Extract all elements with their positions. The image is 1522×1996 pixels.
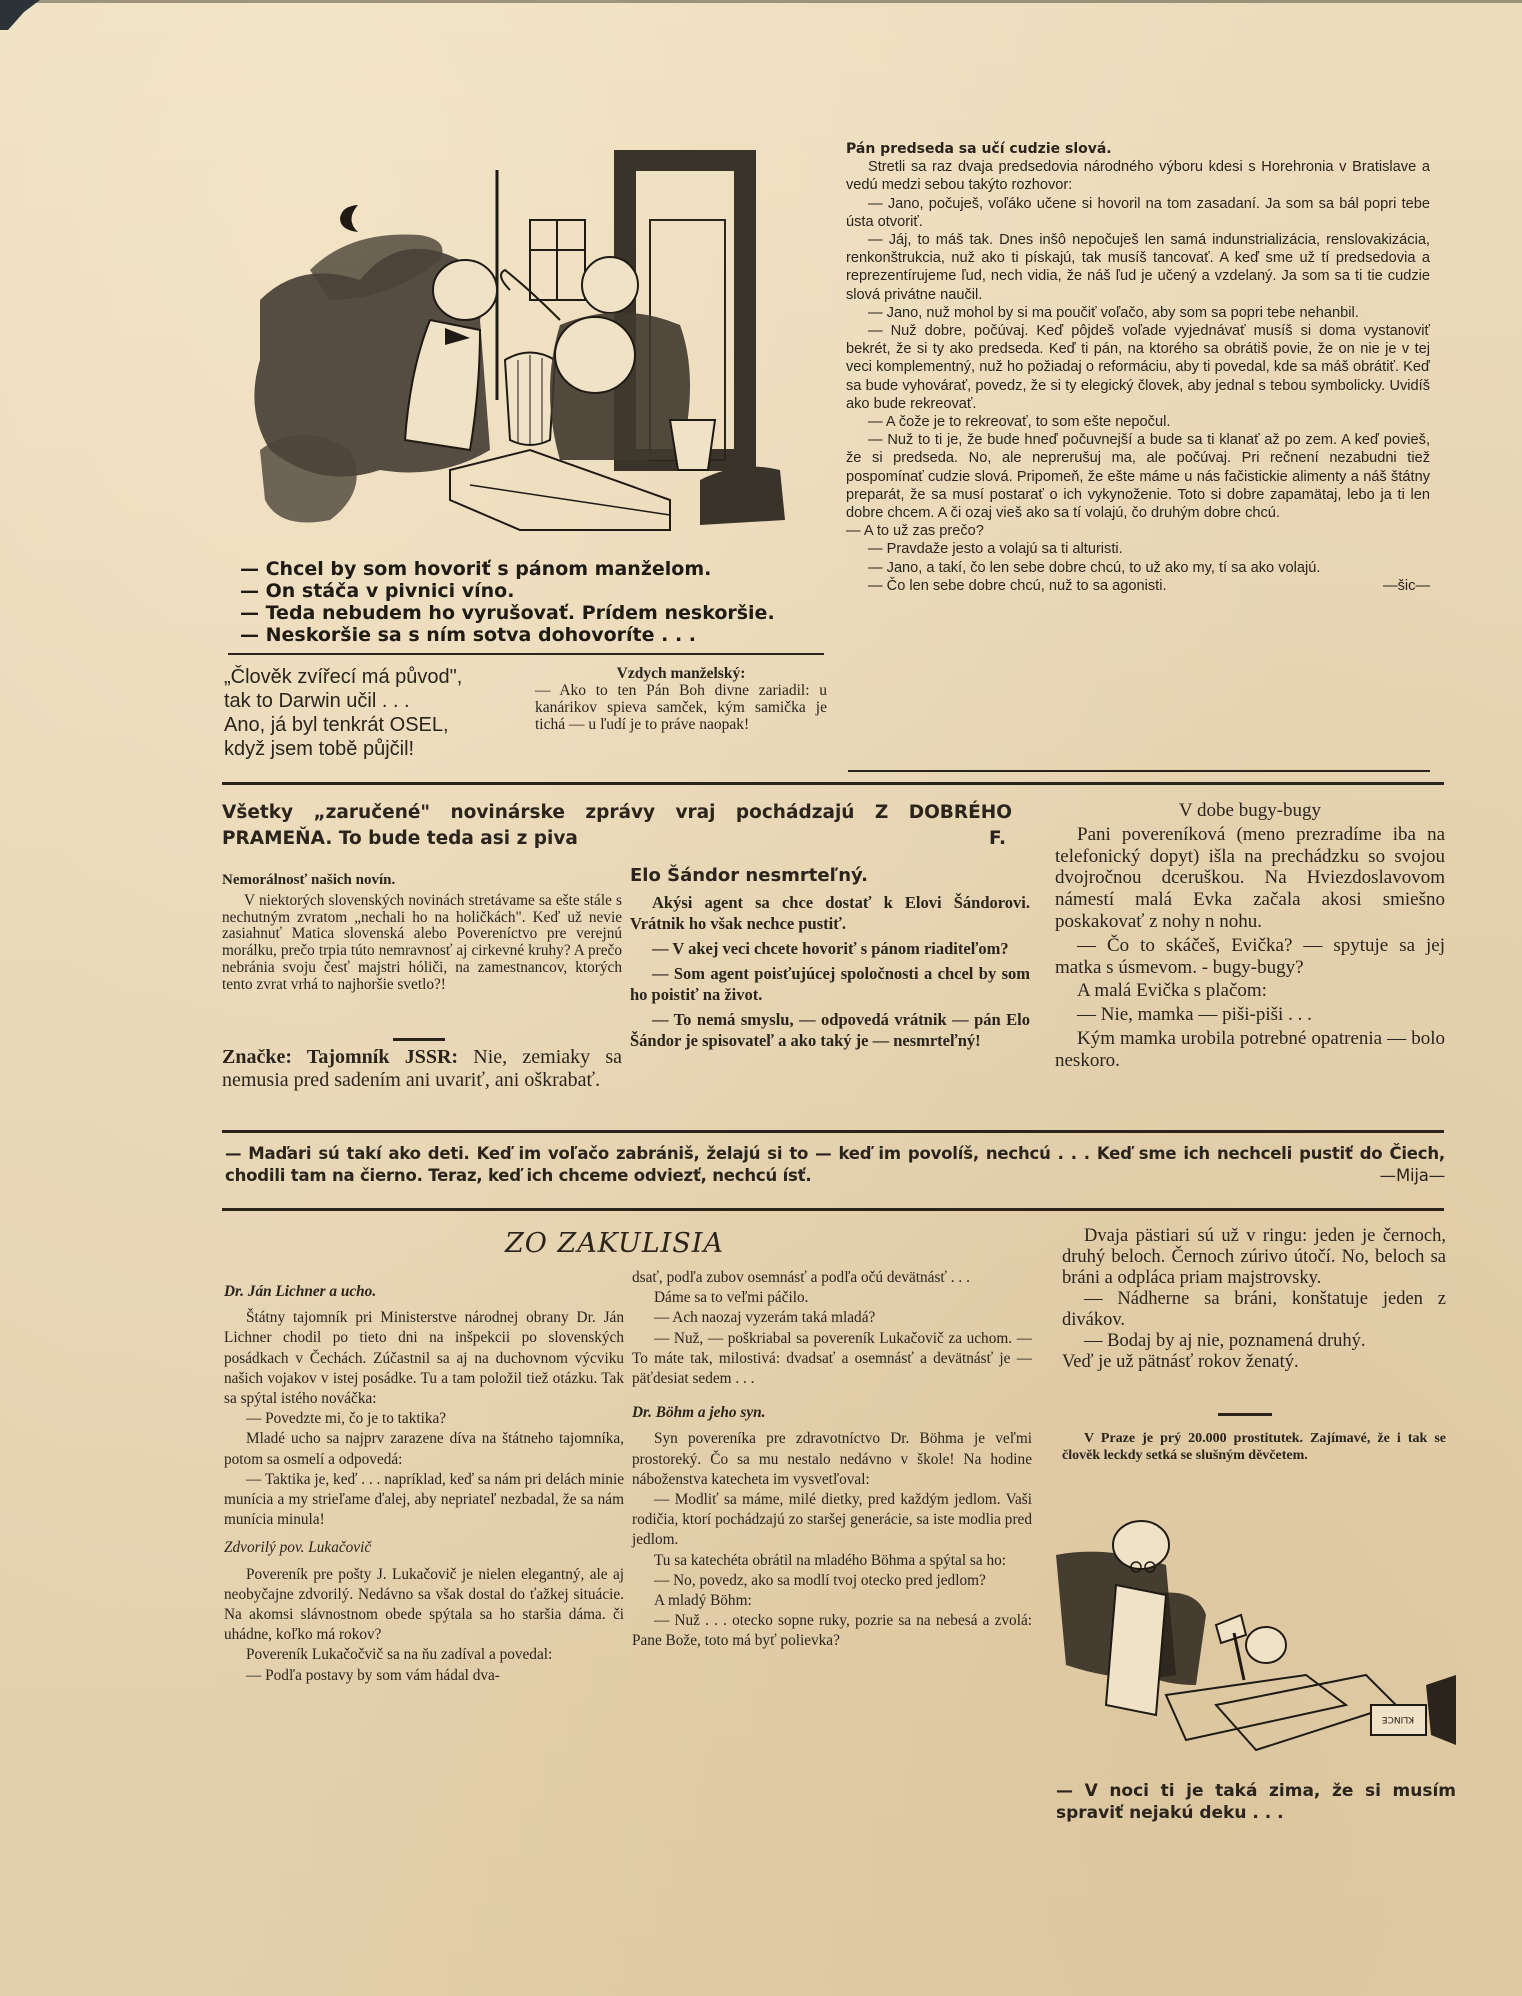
section-rule bbox=[222, 782, 1444, 785]
caption-line: — On stáča v pivnici víno. bbox=[240, 580, 800, 602]
paragraph: Mladé ucho sa najprv zarazene díva na št… bbox=[224, 1429, 624, 1469]
short-rule bbox=[1218, 1413, 1272, 1416]
section-rule bbox=[222, 1130, 1444, 1133]
paragraph: — Som agent poisťujúcej spoločnosti a ch… bbox=[630, 963, 1030, 1005]
paragraph: Pani povereníková (meno prezradíme iba n… bbox=[1055, 824, 1445, 933]
paragraph: — Bodaj by aj nie, poznamená druhý. bbox=[1062, 1331, 1446, 1352]
article-madari: — Maďari sú takí ako deti. Keď im voľačo… bbox=[225, 1143, 1445, 1187]
paragraph: — Jano, nuž mohol by si ma poučiť voľačo… bbox=[846, 304, 1430, 322]
paragraph: — Modliť sa máme, milé dietky, pred každ… bbox=[632, 1490, 1032, 1551]
subheading: Dr. Ján Lichner a ucho. bbox=[224, 1282, 624, 1302]
paragraph: — Nie, mamka — piši-piši . . . bbox=[1055, 1004, 1445, 1026]
paragraph-last: — Čo len sebe dobre chcú, nuž to sa agon… bbox=[846, 577, 1430, 595]
caption-line: — Chcel by som hovoriť s pánom manželom. bbox=[240, 558, 800, 580]
article-predseda: Pán predseda sa učí cudzie slová. Stretl… bbox=[846, 140, 1430, 595]
caption-line: — Neskoršie sa s ním sotva dohovoríte . … bbox=[240, 624, 800, 646]
article-title: Vzdych manželský: bbox=[535, 665, 827, 682]
article-elo-sandor: Elo Šándor nesmrteľný. Akýsi agent sa ch… bbox=[630, 865, 1030, 1055]
paragraph: Syn povereníka pre zdravotníctvo Dr. Böh… bbox=[632, 1429, 1032, 1490]
headline-zaru: Všetky „zaručené" novinárske zprávy vraj… bbox=[222, 800, 1012, 852]
torn-corner bbox=[0, 0, 40, 30]
paragraph: — No, povedz, ako sa modlí tvoj otecko p… bbox=[632, 1571, 1032, 1591]
paragraph: — Ach naozaj vyzerám taká mladá? bbox=[632, 1308, 1032, 1328]
article-title: Nemorálnosť našich novín. bbox=[222, 872, 622, 889]
paragraph: Dáme sa to veľmi páčilo. bbox=[632, 1288, 1032, 1308]
paragraph: — Povedzte mi, čo je to taktika? bbox=[224, 1409, 624, 1429]
paragraph: — A to už zas prečo? bbox=[846, 522, 1430, 540]
paragraph: — Podľa postavy by som vám hádal dva- bbox=[224, 1666, 624, 1686]
paragraph: — Nuž, — poškriabal sa povereník Lukačov… bbox=[632, 1329, 1032, 1390]
paragraph: V niektorých slovenských novinách stretá… bbox=[222, 893, 622, 994]
poem-line: Ano, já byl tenkrát OSEL, bbox=[224, 713, 524, 737]
paragraph: — Nádherne sa bráni, konštatuje jeden z … bbox=[1062, 1289, 1446, 1331]
box-label: KLINCE bbox=[1382, 1714, 1415, 1724]
znacke-lead: Značke: Tajomník JSSR: bbox=[222, 1046, 458, 1068]
paragraph: — To nemá smyslu, — odpovedá vrátnik — p… bbox=[630, 1009, 1030, 1051]
top-edge bbox=[0, 0, 1522, 3]
signature: —šic— bbox=[1361, 577, 1430, 595]
article-bugy-bugy: V dobe bugy-bugy Pani povereníková (meno… bbox=[1055, 800, 1445, 1074]
section-rule bbox=[222, 1208, 1444, 1211]
paragraph: Veď je už pätnásť rokov ženatý. bbox=[1062, 1352, 1446, 1373]
paragraph: — A čože je to rekreovať, to som ešte ne… bbox=[846, 413, 1430, 431]
paragraph: — V akej veci chcete hovoriť s pánom ria… bbox=[630, 938, 1030, 959]
headline-text: Všetky „zaručené" novinárske zprávy vraj… bbox=[222, 802, 1012, 849]
paragraph: Povereník pre pošty J. Lukačovič je niel… bbox=[224, 1565, 624, 1646]
caption-line: — Teda nebudem ho vyrušovať. Prídem nesk… bbox=[240, 602, 800, 624]
paragraph: Akýsi agent sa chce dostať k Elovi Šándo… bbox=[630, 892, 1030, 934]
paragraph: Kým mamka urobila potrebné opatrenia — b… bbox=[1055, 1028, 1445, 1072]
cartoon-illustration-doorway bbox=[240, 150, 800, 550]
paragraph: Dvaja pästiari sú už v ringu: jeden je č… bbox=[1062, 1226, 1446, 1289]
zakulisia-column-1: Dr. Ján Lichner a ucho. Štátny tajomník … bbox=[224, 1274, 624, 1686]
madari-text: — Maďari sú takí ako deti. Keď im voľačo… bbox=[225, 1144, 1445, 1185]
article-title: Elo Šándor nesmrteľný. bbox=[630, 865, 1030, 886]
poem-line: „Člověk zvířecí má původ", bbox=[224, 665, 524, 689]
paragraph: Stretli sa raz dvaja predsedovia národné… bbox=[846, 158, 1430, 194]
cartoon-doorway-icon bbox=[240, 150, 800, 550]
signature: F. bbox=[989, 826, 1006, 852]
section-title-zakulisia: ZO ZAKULISIA bbox=[505, 1228, 765, 1259]
subheading: Dr. Böhm a jeho syn. bbox=[632, 1403, 1032, 1423]
cartoon-caption-top: — Chcel by som hovoriť s pánom manželom.… bbox=[240, 558, 800, 646]
poem-line: tak to Darwin učil . . . bbox=[224, 689, 524, 713]
article-title: Pán predseda sa učí cudzie slová. bbox=[846, 140, 1430, 158]
paragraph: Tu sa katechéta obrátil na mladého Böhma… bbox=[632, 1551, 1032, 1571]
article-nemoralnost: Nemorálnosť našich novín. V niektorých s… bbox=[222, 872, 622, 994]
paragraph: — Jano, počuješ, voľáko učene si hovoril… bbox=[846, 195, 1430, 231]
paragraph: V Praze je prý 20.000 prostitutek. Zajím… bbox=[1062, 1430, 1446, 1464]
paragraph: — Nuž . . . otecko sopne ruky, pozrie sa… bbox=[632, 1611, 1032, 1651]
paragraph: — Čo to skáčeš, Evička? — spytuje sa jej… bbox=[1055, 935, 1445, 979]
paragraph: — Nuž to ti je, že bude hneď počuvnejší … bbox=[846, 431, 1430, 522]
subheading: Zdvorilý pov. Lukačovič bbox=[224, 1538, 624, 1558]
paragraph: A malá Evička s plačom: bbox=[1055, 980, 1445, 1002]
divider-rule bbox=[228, 653, 824, 655]
paragraph: — Jáj, to máš tak. Dnes inšô nepočuješ l… bbox=[846, 231, 1430, 304]
cartoon-caption-bottom: — V noci ti je taká zima, že si musím sp… bbox=[1056, 1780, 1456, 1824]
paragraph: — Pravdaže jesto a volajú sa ti alturist… bbox=[846, 540, 1430, 558]
paragraph: A mladý Böhm: bbox=[632, 1591, 1032, 1611]
short-rule bbox=[393, 1038, 445, 1041]
divider-rule bbox=[848, 770, 1430, 772]
newspaper-page: — Chcel by som hovoriť s pánom manželom.… bbox=[0, 0, 1522, 1996]
paragraph: — Taktika je, keď . . . napríklad, keď s… bbox=[224, 1470, 624, 1531]
last-line: — Čo len sebe dobre chcú, nuž to sa agon… bbox=[868, 578, 1167, 594]
poem-clovek: „Člověk zvířecí má původ", tak to Darwin… bbox=[224, 665, 524, 761]
paragraph: dsať, podľa zubov osemnásť a podľa očú d… bbox=[632, 1268, 1032, 1288]
cartoon-illustration-nails: KLINCE bbox=[1046, 1505, 1456, 1765]
zakulisia-column-2: dsať, podľa zubov osemnásť a podľa očú d… bbox=[632, 1268, 1032, 1652]
article-vzdych: Vzdych manželský: — Ako to ten Pán Boh d… bbox=[535, 665, 827, 733]
cartoon-nails-icon: KLINCE bbox=[1046, 1505, 1456, 1765]
article-znacke: Značke: Tajomník JSSR: Nie, zemiaky sa n… bbox=[222, 1046, 622, 1092]
poem-line: když jsem tobě půjčil! bbox=[224, 737, 524, 761]
signature: —Mija— bbox=[1380, 1165, 1445, 1187]
paragraph: Povereník Lukačočvič sa na ňu zadíval a … bbox=[224, 1645, 624, 1665]
article-title: V dobe bugy-bugy bbox=[1055, 800, 1445, 822]
paragraph: — Ako to ten Pán Boh divne zariadil: u k… bbox=[535, 682, 827, 733]
paragraph: Štátny tajomník pri Ministerstve národne… bbox=[224, 1308, 624, 1409]
paragraph: — Nuž dobre, počúvaj. Keď pôjdeš voľade … bbox=[846, 322, 1430, 413]
article-praze: V Praze je prý 20.000 prostitutek. Zajím… bbox=[1062, 1430, 1446, 1464]
article-pastiari: Dvaja pästiari sú už v ringu: jeden je č… bbox=[1062, 1226, 1446, 1373]
paragraph: — Jano, a takí, čo len sebe dobre chcú, … bbox=[846, 559, 1430, 577]
